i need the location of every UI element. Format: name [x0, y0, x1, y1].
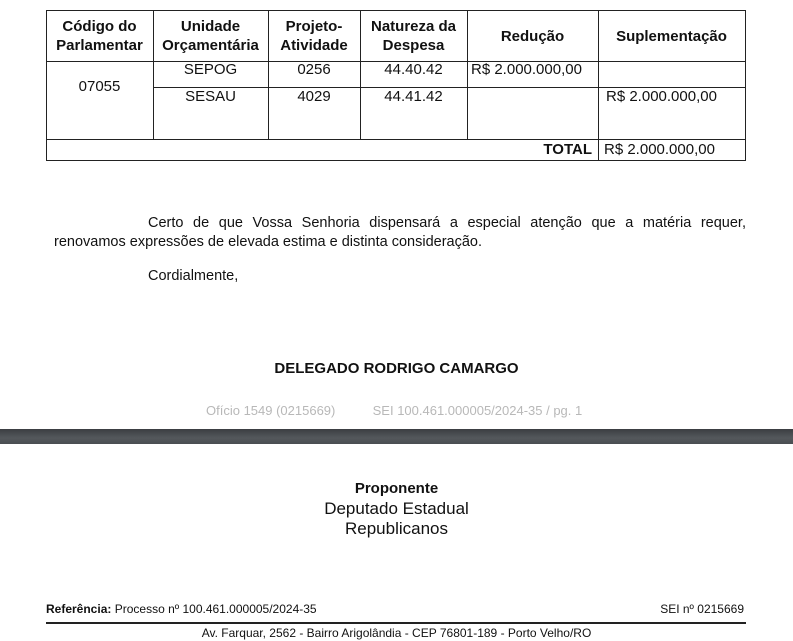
proponente-party: Republicanos — [0, 519, 793, 539]
header-projeto-atividade: Projeto-Atividade — [268, 11, 360, 61]
header-text: Atividade — [280, 36, 348, 55]
header-text: Código do — [56, 17, 143, 36]
reference-value: Processo nº 100.461.000005/2024-35 — [115, 602, 317, 616]
parlamentar-code: 07055 — [46, 62, 153, 112]
header-text: Redução — [501, 27, 564, 46]
closing-salutation: Cordialmente, — [148, 266, 238, 286]
closing-paragraph-line2: renovamos expressões de elevada estima e… — [54, 232, 654, 252]
row1-reducao: R$ 2.000.000,00 — [471, 61, 598, 79]
row1-projeto: 0256 — [268, 61, 360, 79]
row2-unidade: SESAU — [153, 88, 268, 106]
row2-natureza: 44.41.42 — [360, 88, 467, 106]
sei-number: SEI nº 0215669 — [660, 601, 744, 617]
closing-paragraph-line1: Certo de que Vossa Senhoria dispensará a… — [148, 213, 746, 233]
header-suplementacao: Suplementação — [598, 11, 745, 61]
header-text: Suplementação — [616, 27, 727, 46]
reference-line: Referência: Processo nº 100.461.000005/2… — [46, 601, 317, 617]
header-unidade-orcamentaria: UnidadeOrçamentária — [153, 11, 268, 61]
page-separator — [0, 429, 793, 444]
proponente-role: Deputado Estadual — [0, 499, 793, 519]
row2-projeto: 4029 — [268, 88, 360, 106]
footer-rule — [46, 622, 746, 624]
header-text: Orçamentária — [162, 36, 259, 55]
header-text: Despesa — [371, 36, 456, 55]
page-footer-meta: Ofício 1549 (0215669) SEI 100.461.000005… — [206, 402, 582, 420]
header-text: Natureza da — [371, 17, 456, 36]
row1-unidade: SEPOG — [153, 61, 268, 79]
address-line: Av. Farquar, 2562 - Bairro Arigolândia -… — [0, 626, 793, 641]
header-text: Projeto- — [280, 17, 348, 36]
total-value: R$ 2.000.000,00 — [604, 140, 745, 160]
proponente-label: Proponente — [0, 480, 793, 498]
table-border-right — [745, 10, 746, 161]
total-label: TOTAL — [46, 140, 592, 160]
table-border-bottom — [46, 160, 746, 161]
reference-label: Referência: — [46, 602, 111, 616]
header-codigo-parlamentar: Código doParlamentar — [46, 11, 153, 61]
header-text: Unidade — [162, 17, 259, 36]
row2-suplementacao: R$ 2.000.000,00 — [606, 88, 745, 106]
sei-page-reference: SEI 100.461.000005/2024-35 / pg. 1 — [373, 403, 583, 418]
header-reducao: Redução — [467, 11, 598, 61]
header-text: Parlamentar — [56, 36, 143, 55]
budget-table: Código doParlamentar UnidadeOrçamentária… — [46, 10, 746, 160]
row1-natureza: 44.40.42 — [360, 61, 467, 79]
oficio-reference: Ofício 1549 (0215669) — [206, 403, 335, 418]
header-natureza-despesa: Natureza daDespesa — [360, 11, 467, 61]
signature-name: DELEGADO RODRIGO CAMARGO — [0, 359, 793, 379]
